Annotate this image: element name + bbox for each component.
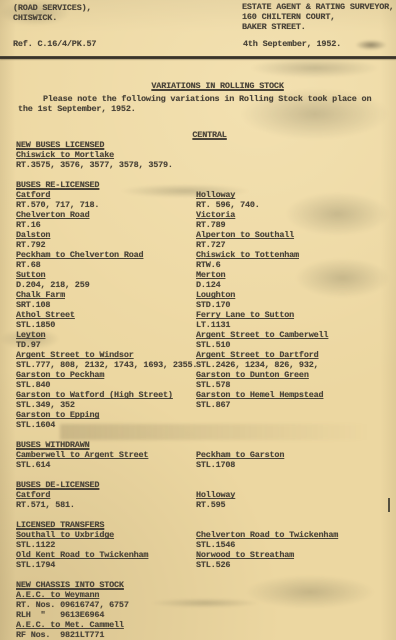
reference-number: Ref. C.16/4/PK.57 bbox=[13, 39, 96, 49]
stock-entry: Garston to Watford (High Street)STL.349,… bbox=[16, 390, 196, 410]
route-line: Alperton to Southall bbox=[196, 230, 328, 240]
fleet-numbers: D.124 bbox=[196, 280, 328, 290]
stock-entry: Argent Street to CamberwellSTL.510 bbox=[196, 330, 328, 350]
fleet-numbers: RT.595 bbox=[196, 500, 235, 510]
fleet-numbers: SRT.108 bbox=[16, 300, 196, 310]
sections-host: NEW BUSES LICENSEDChiswick to MortlakeRT… bbox=[16, 140, 396, 640]
stock-entry: Argent Street to WindsorSTL.777, 808, 21… bbox=[16, 350, 196, 370]
document-date: 4th September, 1952. bbox=[243, 39, 341, 49]
route-line: Athol Street bbox=[16, 310, 196, 320]
route-name: Old Kent Road to Twickenham bbox=[16, 550, 148, 560]
route-line: Sutton bbox=[16, 270, 196, 280]
route-line: Holloway bbox=[196, 490, 235, 500]
stock-entry: Norwood to StreathamSTL.526 bbox=[196, 550, 338, 570]
scan-edge-mark bbox=[356, 40, 386, 50]
sender-address-line: (ROAD SERVICES), bbox=[13, 3, 91, 13]
fleet-numbers: STL.578 bbox=[196, 380, 328, 390]
route-name: Camberwell to Argent Street bbox=[16, 450, 148, 460]
stock-entry: Garston to Hemel HempsteadSTL.867 bbox=[196, 390, 328, 410]
section-heading: NEW BUSES LICENSED bbox=[16, 140, 396, 150]
fleet-numbers: STL.614 bbox=[16, 460, 196, 470]
column-right: Peckham to GarstonSTL.1708 bbox=[196, 450, 284, 470]
route-line: Argent Street to Camberwell bbox=[196, 330, 328, 340]
intro-line: Please note the following variations in … bbox=[18, 94, 396, 104]
column-right: HollowayRT. 596, 740.VictoriaRT.789Alper… bbox=[196, 190, 328, 410]
stock-entry: LeytonTD.97 bbox=[16, 330, 196, 350]
stock-entry: DalstonRT.792 bbox=[16, 230, 196, 250]
route-line: Argent Street to Windsor bbox=[16, 350, 196, 360]
stock-entry: MertonD.124 bbox=[196, 270, 328, 290]
route-line: Norwood to Streatham bbox=[196, 550, 338, 560]
route-name: Ferry Lane to Sutton bbox=[196, 310, 294, 320]
route-line: Leyton bbox=[16, 330, 196, 340]
route-name: Chelverton Road to Twickenham bbox=[196, 530, 338, 540]
section-columns: Camberwell to Argent StreetSTL.614Peckha… bbox=[16, 450, 396, 470]
sender-address-line: CHISWICK. bbox=[13, 13, 91, 23]
route-line: Argent Street to Dartford bbox=[196, 350, 328, 360]
section-heading: BUSES RE-LICENSED bbox=[16, 180, 396, 190]
route-line: Peckham to Chelverton Road bbox=[16, 250, 196, 260]
fleet-numbers: RT.570, 717, 718. bbox=[16, 200, 196, 210]
page-title-text: VARIATIONS IN ROLLING STOCK bbox=[151, 81, 283, 91]
column-left: CatfordRT.570, 717, 718.Chelverton RoadR… bbox=[16, 190, 196, 430]
route-line: Chiswick to Tottenham bbox=[196, 250, 328, 260]
fleet-numbers: RF Nos. 9821LT771 bbox=[16, 630, 196, 640]
stock-entry: A.E.C. to Met. CammellRF Nos. 9821LT771 bbox=[16, 620, 196, 640]
stock-entry: VictoriaRT.789 bbox=[196, 210, 328, 230]
section-columns: Chiswick to MortlakeRT.3575, 3576, 3577,… bbox=[16, 150, 396, 170]
stock-entry: Chalk FarmSRT.108 bbox=[16, 290, 196, 310]
fleet-numbers: STL.1850 bbox=[16, 320, 196, 330]
route-line: Peckham to Garston bbox=[196, 450, 284, 460]
fleet-numbers: STL.867 bbox=[196, 400, 328, 410]
stock-entry: Peckham to GarstonSTL.1708 bbox=[196, 450, 284, 470]
stock-entry: HollowayRT.595 bbox=[196, 490, 235, 510]
route-line: Victoria bbox=[196, 210, 328, 220]
fleet-numbers: RT.16 bbox=[16, 220, 196, 230]
section-heading-text: NEW CHASSIS INTO STOCK bbox=[16, 580, 124, 590]
route-name: Garston to Peckham bbox=[16, 370, 104, 380]
section-heading-text: BUSES WITHDRAWN bbox=[16, 440, 90, 450]
route-name: Victoria bbox=[196, 210, 235, 220]
fleet-numbers: RTW.6 bbox=[196, 260, 328, 270]
route-line: Merton bbox=[196, 270, 328, 280]
route-line: Dalston bbox=[16, 230, 196, 240]
section-new-buses-licensed: NEW BUSES LICENSEDChiswick to MortlakeRT… bbox=[16, 140, 396, 170]
section-buses-de-licensed: BUSES DE-LICENSEDCatfordRT.571, 581.Holl… bbox=[16, 480, 396, 510]
fleet-numbers: RT.727 bbox=[196, 240, 328, 250]
stock-entry: Chiswick to TottenhamRTW.6 bbox=[196, 250, 328, 270]
stock-entry: A.E.C. to WeymannRT. Nos. 09616747, 6757… bbox=[16, 590, 196, 620]
route-name: Athol Street bbox=[16, 310, 75, 320]
stock-entry: Chiswick to MortlakeRT.3575, 3576, 3577,… bbox=[16, 150, 196, 170]
fleet-numbers: RT. 596, 740. bbox=[196, 200, 328, 210]
stock-entry: Garston to PeckhamSTL.840 bbox=[16, 370, 196, 390]
recipient-address-line: ESTATE AGENT & RATING SURVEYOR, bbox=[242, 2, 394, 12]
route-name: Chelverton Road bbox=[16, 210, 90, 220]
fleet-numbers: RT.68 bbox=[16, 260, 196, 270]
document-body: VARIATIONS IN ROLLING STOCK Please note … bbox=[16, 62, 396, 640]
fleet-numbers: STL.526 bbox=[196, 560, 338, 570]
route-name: Merton bbox=[196, 270, 225, 280]
route-line: Loughton bbox=[196, 290, 328, 300]
route-name: A.E.C. to Met. Cammell bbox=[16, 620, 124, 630]
stock-entry: Chelverton RoadRT.16 bbox=[16, 210, 196, 230]
section-heading-text: NEW BUSES LICENSED bbox=[16, 140, 104, 150]
intro-paragraph: Please note the following variations in … bbox=[18, 94, 396, 114]
route-name: Peckham to Garston bbox=[196, 450, 284, 460]
section-heading-text: LICENSED TRANSFERS bbox=[16, 520, 104, 530]
route-line: Camberwell to Argent Street bbox=[16, 450, 196, 460]
route-name: Chalk Farm bbox=[16, 290, 65, 300]
stock-entry: Garston to Dunton GreenSTL.578 bbox=[196, 370, 328, 390]
route-name: Alperton to Southall bbox=[196, 230, 294, 240]
fleet-numbers: STL.1708 bbox=[196, 460, 284, 470]
column-right: Chelverton Road to TwickenhamSTL.1546Nor… bbox=[196, 530, 338, 570]
route-line: Chelverton Road to Twickenham bbox=[196, 530, 338, 540]
section-new-chassis-into-stock: NEW CHASSIS INTO STOCKA.E.C. to WeymannR… bbox=[16, 580, 396, 640]
stock-entry: LoughtonSTD.170 bbox=[196, 290, 328, 310]
route-name: Holloway bbox=[196, 190, 235, 200]
route-line: Garston to Epping bbox=[16, 410, 196, 420]
stock-entry: Athol StreetSTL.1850 bbox=[16, 310, 196, 330]
stock-entry: Garston to EppingSTL.1604 bbox=[16, 410, 196, 430]
route-line: Garston to Hemel Hempstead bbox=[196, 390, 328, 400]
fleet-numbers: TD.97 bbox=[16, 340, 196, 350]
fleet-numbers: LT.1131 bbox=[196, 320, 328, 330]
route-name: Chiswick to Mortlake bbox=[16, 150, 114, 160]
route-name: Sutton bbox=[16, 270, 45, 280]
stock-entry: CatfordRT.570, 717, 718. bbox=[16, 190, 196, 210]
fleet-numbers: STL.349, 352 bbox=[16, 400, 196, 410]
fleet-numbers: RT.792 bbox=[16, 240, 196, 250]
route-line: Old Kent Road to Twickenham bbox=[16, 550, 196, 560]
header-rule bbox=[0, 56, 396, 59]
section-columns: A.E.C. to WeymannRT. Nos. 09616747, 6757… bbox=[16, 590, 396, 640]
recipient-address: ESTATE AGENT & RATING SURVEYOR, 160 CHIL… bbox=[242, 2, 394, 32]
stock-entry: Peckham to Chelverton RoadRT.68 bbox=[16, 250, 196, 270]
route-line: Chiswick to Mortlake bbox=[16, 150, 196, 160]
route-line: Holloway bbox=[196, 190, 328, 200]
section-heading: BUSES WITHDRAWN bbox=[16, 440, 396, 450]
section-heading: NEW CHASSIS INTO STOCK bbox=[16, 580, 396, 590]
page-title: VARIATIONS IN ROLLING STOCK bbox=[122, 71, 284, 81]
route-name: Holloway bbox=[196, 490, 235, 500]
route-line: Chalk Farm bbox=[16, 290, 196, 300]
route-line: Garston to Watford (High Street) bbox=[16, 390, 196, 400]
fleet-numbers: STL.1794 bbox=[16, 560, 196, 570]
route-name: Loughton bbox=[196, 290, 235, 300]
fleet-numbers: STD.170 bbox=[196, 300, 328, 310]
route-name: Argent Street to Camberwell bbox=[196, 330, 328, 340]
fleet-numbers: STL.840 bbox=[16, 380, 196, 390]
route-name: Garston to Watford (High Street) bbox=[16, 390, 173, 400]
stock-entry: Chelverton Road to TwickenhamSTL.1546 bbox=[196, 530, 338, 550]
stock-entry: Southall to UxbridgeSTL.1122 bbox=[16, 530, 196, 550]
section-buses-withdrawn: BUSES WITHDRAWNCamberwell to Argent Stre… bbox=[16, 440, 396, 470]
route-name: Argent Street to Windsor bbox=[16, 350, 134, 360]
route-name: Catford bbox=[16, 490, 50, 500]
recipient-address-line: 160 CHILTERN COURT, bbox=[242, 12, 394, 22]
section-heading-text: BUSES RE-LICENSED bbox=[16, 180, 99, 190]
stock-entry: Alperton to SouthallRT.727 bbox=[196, 230, 328, 250]
section-heading: LICENSED TRANSFERS bbox=[16, 520, 396, 530]
stock-entry: Ferry Lane to SuttonLT.1131 bbox=[196, 310, 328, 330]
region-heading: CENTRAL bbox=[163, 120, 227, 130]
route-name: Southall to Uxbridge bbox=[16, 530, 114, 540]
route-name: Catford bbox=[16, 190, 50, 200]
route-name: Peckham to Chelverton Road bbox=[16, 250, 143, 260]
column-right: HollowayRT.595 bbox=[196, 490, 235, 510]
route-line: A.E.C. to Met. Cammell bbox=[16, 620, 196, 630]
section-columns: Southall to UxbridgeSTL.1122Old Kent Roa… bbox=[16, 530, 396, 570]
document-page: (ROAD SERVICES), CHISWICK. ESTATE AGENT … bbox=[0, 0, 396, 640]
fleet-numbers: RT.789 bbox=[196, 220, 328, 230]
route-line: Chelverton Road bbox=[16, 210, 196, 220]
column-left: Chiswick to MortlakeRT.3575, 3576, 3577,… bbox=[16, 150, 196, 170]
route-name: Chiswick to Tottenham bbox=[196, 250, 299, 260]
section-columns: CatfordRT.570, 717, 718.Chelverton RoadR… bbox=[16, 190, 396, 430]
route-line: Catford bbox=[16, 490, 196, 500]
intro-line: the 1st September, 1952. bbox=[18, 104, 396, 114]
fleet-numbers: STL.1604 bbox=[16, 420, 196, 430]
route-line: Ferry Lane to Sutton bbox=[196, 310, 328, 320]
fleet-numbers: RT.571, 581. bbox=[16, 500, 196, 510]
route-line: A.E.C. to Weymann bbox=[16, 590, 196, 600]
route-name: A.E.C. to Weymann bbox=[16, 590, 99, 600]
region-heading-text: CENTRAL bbox=[192, 130, 226, 140]
route-line: Catford bbox=[16, 190, 196, 200]
stock-entry: Old Kent Road to TwickenhamSTL.1794 bbox=[16, 550, 196, 570]
fleet-numbers: D.204, 218, 259 bbox=[16, 280, 196, 290]
column-left: CatfordRT.571, 581. bbox=[16, 490, 196, 510]
route-name: Garston to Epping bbox=[16, 410, 99, 420]
fleet-numbers: STL.777, 808, 2132, 1743, 1693, 2355. bbox=[16, 360, 196, 370]
route-line: Southall to Uxbridge bbox=[16, 530, 196, 540]
route-name: Leyton bbox=[16, 330, 45, 340]
recipient-address-line: BAKER STREET. bbox=[242, 22, 394, 32]
stock-entry: HollowayRT. 596, 740. bbox=[196, 190, 328, 210]
section-licensed-transfers: LICENSED TRANSFERSSouthall to UxbridgeST… bbox=[16, 520, 396, 570]
fleet-numbers: RT.3575, 3576, 3577, 3578, 3579. bbox=[16, 160, 196, 170]
column-left: A.E.C. to WeymannRT. Nos. 09616747, 6757… bbox=[16, 590, 196, 640]
fleet-numbers: STL.510 bbox=[196, 340, 328, 350]
route-name: Garston to Hemel Hempstead bbox=[196, 390, 323, 400]
route-line: Garston to Dunton Green bbox=[196, 370, 328, 380]
stock-entry: Camberwell to Argent StreetSTL.614 bbox=[16, 450, 196, 470]
section-columns: CatfordRT.571, 581.HollowayRT.595 bbox=[16, 490, 396, 510]
route-name: Norwood to Streatham bbox=[196, 550, 294, 560]
column-left: Camberwell to Argent StreetSTL.614 bbox=[16, 450, 196, 470]
fleet-numbers: STL.1546 bbox=[196, 540, 338, 550]
stock-entry: Argent Street to DartfordSTL.2426, 1234,… bbox=[196, 350, 328, 370]
route-name: Argent Street to Dartford bbox=[196, 350, 319, 360]
route-name: Garston to Dunton Green bbox=[196, 370, 309, 380]
section-heading: BUSES DE-LICENSED bbox=[16, 480, 396, 490]
stock-entry: CatfordRT.571, 581. bbox=[16, 490, 196, 510]
section-heading-text: BUSES DE-LICENSED bbox=[16, 480, 99, 490]
stock-entry: SuttonD.204, 218, 259 bbox=[16, 270, 196, 290]
route-line: Garston to Peckham bbox=[16, 370, 196, 380]
fleet-numbers: RLH " 9613E6964 bbox=[16, 610, 196, 620]
column-left: Southall to UxbridgeSTL.1122Old Kent Roa… bbox=[16, 530, 196, 570]
sender-address: (ROAD SERVICES), CHISWICK. bbox=[13, 3, 91, 23]
fleet-numbers: STL.2426, 1234, 826, 932, bbox=[196, 360, 328, 370]
section-buses-re-licensed: BUSES RE-LICENSEDCatfordRT.570, 717, 718… bbox=[16, 180, 396, 430]
fleet-numbers: RT. Nos. 09616747, 6757 bbox=[16, 600, 196, 610]
route-name: Dalston bbox=[16, 230, 50, 240]
fleet-numbers: STL.1122 bbox=[16, 540, 196, 550]
